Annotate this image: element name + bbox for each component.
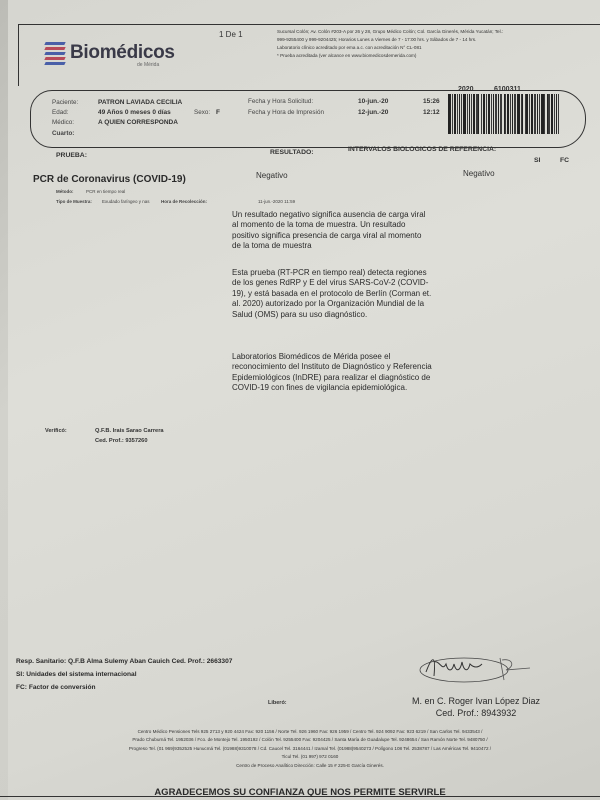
thanks-message: AGRADECEMOS SU CONFIANZA QUE NOS PERMITE… — [110, 787, 490, 798]
column-reference-header: INTERVALOS BIOLOGICOS DE REFERENCIA: — [348, 146, 496, 153]
logo-helix-icon — [45, 40, 67, 66]
address-line: Progreso Tel. (01 969)9352525 Hunucmá Te… — [40, 745, 580, 753]
logo-text: Biomédicos — [70, 42, 175, 64]
barcode-number: 6100311 — [494, 86, 521, 93]
verifier-license: Ced. Prof.: 9357260 — [95, 438, 147, 444]
barcode — [448, 94, 560, 134]
lab-info-line: Laboratorio clínico acreditado por ema a… — [277, 44, 597, 52]
test-result: Negativo — [256, 171, 288, 180]
print-datetime-label: Fecha y Hora de Impresión — [248, 109, 324, 116]
request-date: 10-jun.-20 — [358, 98, 388, 105]
address-line: Centro Médico Pensiones Tels 925 2713 y … — [40, 728, 580, 736]
patient-sex-label: Sexo: — [194, 109, 210, 116]
print-time: 12:12 — [423, 109, 440, 116]
address-line: Ticul Tel. (01 997) 972 0160 — [40, 753, 580, 761]
request-datetime-label: Fecha y Hora Solicitud: — [248, 98, 313, 105]
collection-time-value: 11-jun.-2020 11:59 — [258, 199, 295, 204]
si-note: SI: Unidades del sistema internacional — [16, 671, 137, 678]
company-logo: Biomédicos de Mérida — [45, 40, 175, 66]
address-line: Centro de Proceso Analítico Dirección: C… — [40, 762, 580, 770]
lab-info-line: Sucursal Colón; Av. Colón #203-A por 26 … — [277, 28, 597, 36]
test-name: PCR de Coronavirus (COVID-19) — [33, 174, 186, 185]
doctor-label: Médico: — [52, 119, 74, 126]
lab-info-line: 999-9255400 y 999-9204425; Horarios Lune… — [277, 36, 597, 44]
column-si-header: SI — [534, 157, 540, 164]
patient-name: PATRON LAVIADA CECILIA — [98, 99, 182, 106]
barcode-year: 2020 — [458, 86, 474, 93]
logo-subtext: de Mérida — [137, 62, 159, 68]
room-label: Cuarto: — [52, 130, 74, 137]
note-result-meaning: Un resultado negativo significa ausencia… — [232, 210, 432, 252]
note-test-description: Esta prueba (RT-PCR en tiempo real) dete… — [232, 268, 432, 320]
signature-image — [412, 650, 532, 686]
doctor-name: A QUIEN CORRESPONDA — [98, 119, 178, 126]
column-test-header: PRUEBA: — [56, 152, 87, 159]
column-fc-header: FC — [560, 157, 569, 164]
collection-time-label: Hora de Recolección: — [161, 199, 207, 204]
method-value: PCR en tiempo real — [86, 189, 125, 194]
fc-note: FC: Factor de conversión — [16, 684, 96, 691]
sample-type-label: Tipo de Muestra: — [56, 199, 92, 204]
column-result-header: RESULTADO: — [270, 149, 314, 156]
print-date: 12-jun.-20 — [358, 109, 388, 116]
released-by-label: Liberó: — [268, 700, 287, 706]
patient-age: 49 Años 0 meses 0 días — [98, 109, 171, 116]
note-accreditation: Laboratorios Biomédicos de Mérida posee … — [232, 352, 432, 394]
verified-label: Verificó: — [45, 428, 67, 434]
reference-value: Negativo — [463, 169, 495, 178]
released-by-name: M. en C. Roger Ivan López Diaz — [396, 696, 556, 706]
patient-name-label: Paciente: — [52, 99, 78, 106]
sample-type-value: Exudado faríngeo y nas — [102, 199, 150, 204]
patient-sex: F — [216, 109, 220, 116]
verifier-name: Q.F.B. Irais Sarao Carrera — [95, 428, 164, 434]
branch-addresses: Centro Médico Pensiones Tels 925 2713 y … — [40, 728, 580, 770]
sanitary-responsible: Resp. Sanitario: Q.F.B Alma Sulemy Aban … — [16, 658, 232, 665]
released-by-license: Ced. Prof.: 8943932 — [396, 708, 556, 718]
patient-age-label: Edad: — [52, 109, 68, 116]
request-time: 15:26 — [423, 98, 440, 105]
method-label: Método: — [56, 189, 74, 194]
lab-info-line: * Prueba acreditada (ver alcance en www.… — [277, 52, 597, 60]
page-indicator: 1 De 1 — [219, 30, 243, 39]
address-line: Prado Chuburná Tel. 1952036 / Fco. de Mo… — [40, 736, 580, 744]
lab-info: Sucursal Colón; Av. Colón #203-A por 26 … — [277, 28, 597, 60]
